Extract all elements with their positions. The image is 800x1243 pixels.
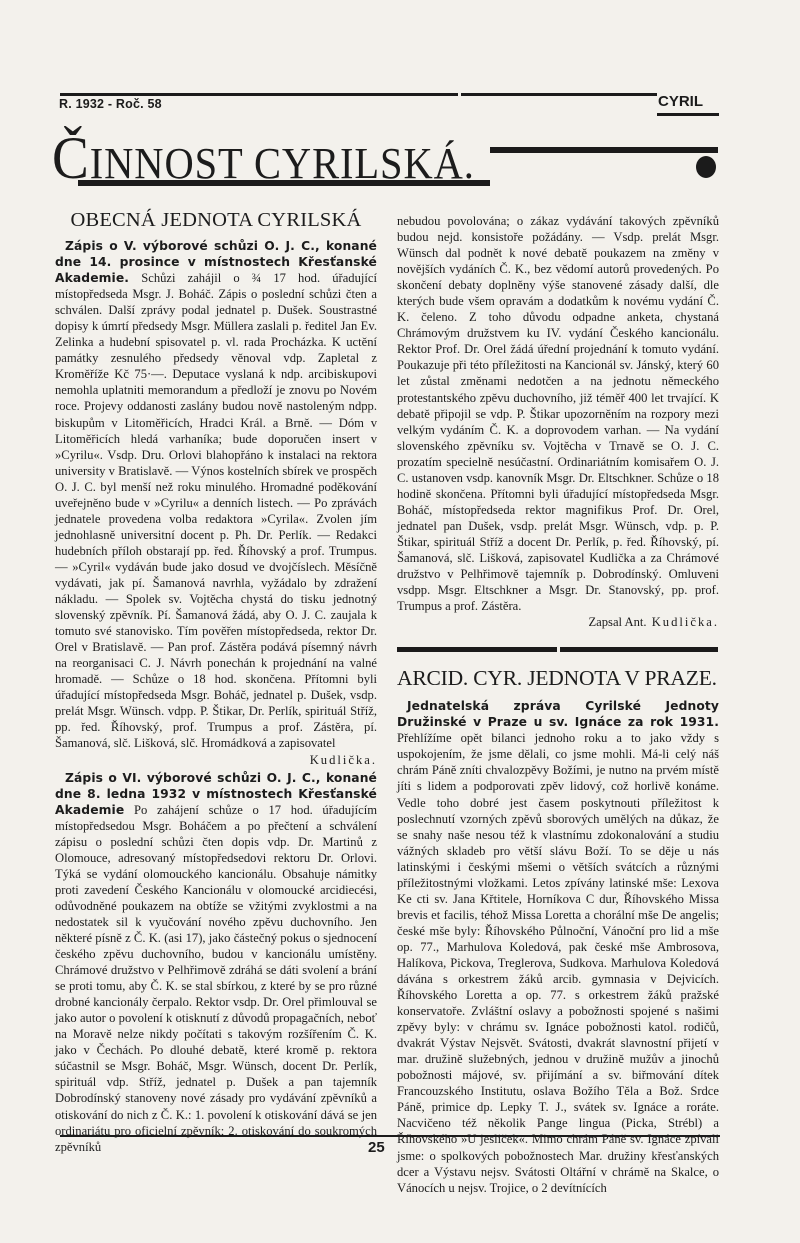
footer-rule: [60, 1135, 720, 1137]
entry-signature: Kudlička.: [55, 752, 377, 768]
minutes-entry-vi: Zápis o VI. výborové schůzi O. J. C., ko…: [55, 770, 377, 1155]
signature-name: Kudlička.: [652, 615, 719, 629]
entry-signature: Zapsal Ant. Kudlička.: [397, 614, 719, 630]
section-title-arcid-jednota: ARCID. CYR. JEDNOTA V PRAZE.: [397, 666, 719, 690]
divider-bar-left: [397, 647, 557, 652]
left-column: OBECNÁ JEDNOTA CYRILSKÁ Zápis o V. výbor…: [55, 208, 377, 1155]
magazine-page: R. 1932 - Roč. 58 CYRIL ČINNOST CYRILSKÁ…: [0, 0, 800, 1243]
continued-text: nebudou povolována; o zákaz vydávání tak…: [397, 213, 719, 614]
bullet-dot-ornament: [696, 156, 716, 178]
section-divider: [397, 647, 719, 652]
minutes-entry-v: Zápis o V. výborové schůzi O. J. C., kon…: [55, 238, 377, 752]
entry-heading: Jednatelská zpráva Cyrilské Jednoty Druž…: [397, 699, 719, 729]
header-rule-left: [60, 93, 458, 96]
signature-prefix: Zapsal Ant.: [588, 615, 646, 629]
header-rule-right: [461, 93, 657, 96]
running-head-issue: R. 1932 - Roč. 58: [59, 97, 162, 111]
running-head-journal: CYRIL: [658, 92, 718, 112]
entry-body: Po zahájení schůze o 17 hod. úřadujícím …: [55, 803, 377, 1154]
page-number: 25: [368, 1139, 385, 1156]
title-underline: [78, 180, 490, 186]
entry-body: Přehlížíme opět bilanci jednoho roku a t…: [397, 731, 719, 1194]
annual-report-entry: Jednatelská zpráva Cyrilské Jednoty Druž…: [397, 698, 719, 1195]
divider-bar-right: [560, 647, 718, 652]
section-title-obecna-jednota: OBECNÁ JEDNOTA CYRILSKÁ: [55, 208, 377, 232]
journal-underline: [657, 113, 719, 116]
entry-body: Schůzi zahájil o ¾ 17 hod. úřadující mís…: [55, 271, 377, 750]
title-side-rule: [490, 147, 718, 153]
right-column: nebudou povolována; o zákaz vydávání tak…: [397, 213, 719, 1196]
